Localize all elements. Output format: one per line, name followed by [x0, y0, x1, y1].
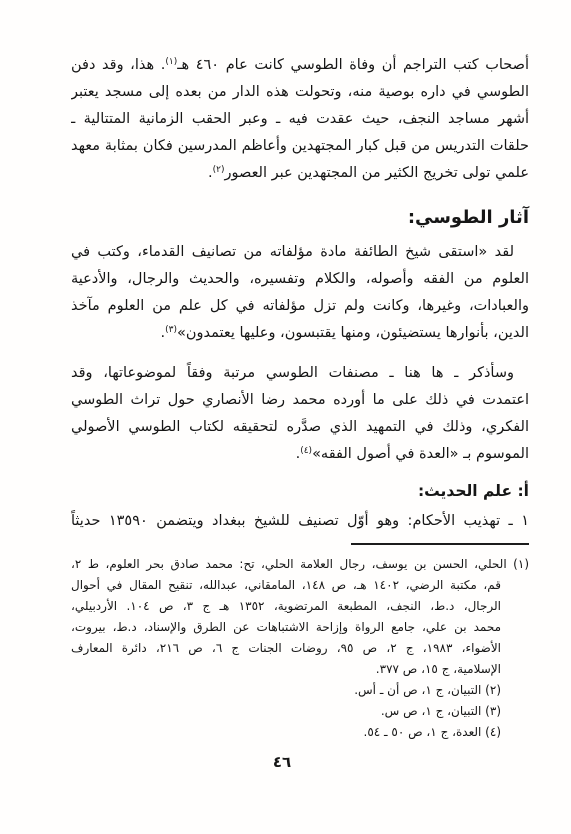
list-item-tahdhib-alahkam: ١ ـ تهذيب الأحكام: وهو أوّل تصنيف للشيخ … — [71, 508, 529, 535]
footnote-line: (١) الحلي، الحسن بن يوسف، رجال العلامة ا… — [71, 554, 529, 575]
text-block: أصحاب كتب التراجم أن وفاة الطوسي كانت عا… — [71, 52, 529, 743]
footnote-separator-rule — [351, 543, 529, 545]
section-heading-athar-altusi: آثار الطوسي: — [71, 204, 529, 232]
body-text-line: علمي تولى تخريج الكثير من المجتهدين عبر … — [71, 160, 529, 187]
body-text-line: وسأذكر ـ ها هنا ـ مصنفات الطوسي مرتبة وف… — [71, 360, 529, 387]
footnote-2: (٢) التبيان، ج ١، ص أن ـ أس. — [71, 680, 529, 701]
footnote-4: (٤) العدة، ج ١، ص ٥٠ ـ ٥٤. — [71, 722, 529, 743]
footnote-line: قم، مكتبة الرضي، ١٤٠٢ هـ، ص ١٤٨، المامقا… — [71, 575, 529, 596]
footnote-line: الأضواء، ١٩٨٣، ج ٢، ص ٩٥، روضات الجنات ج… — [71, 638, 529, 659]
paragraph-works-quote: لقد «استقى شيخ الطائفة مادة مؤلفاته من ت… — [71, 239, 529, 347]
footnote-line: الرجال، د.ط، النجف، المطبعة المرتضوية، ١… — [71, 596, 529, 617]
body-text-line: أشهر مساجد النجف، حيث عقدت فيه ـ وعبر ال… — [71, 106, 529, 133]
footnote-line: (٣) التبيان، ج ١، ص س. — [71, 701, 529, 722]
footnote-3: (٣) التبيان، ج ١، ص س. — [71, 701, 529, 722]
footnotes-block: (١) الحلي، الحسن بن يوسف، رجال العلامة ا… — [71, 554, 529, 743]
footnote-line: (٤) العدة، ج ١، ص ٥٠ ـ ٥٤. — [71, 722, 529, 743]
book-page: أصحاب كتب التراجم أن وفاة الطوسي كانت عا… — [0, 0, 571, 834]
body-text-line: العلوم من الفقه وأصوله، والكلام وتفسيره،… — [71, 266, 529, 293]
footnote-line: محمد بن علي، جامع الرواة وإزاحة الاشتباه… — [71, 617, 529, 638]
body-text-line: حلقات التدريس من قبل كبار المجتهدين وأعا… — [71, 133, 529, 160]
body-text-line: الطوسي في داره بوصية منه، وتحولت هذه الد… — [71, 79, 529, 106]
footnote-line: (٢) التبيان، ج ١، ص أن ـ أس. — [71, 680, 529, 701]
body-text-line: ١ ـ تهذيب الأحكام: وهو أوّل تصنيف للشيخ … — [71, 508, 529, 535]
subsection-heading-ilm-alhadith: أ: علم الحديث: — [71, 479, 529, 503]
body-text-line: الدين، بأنوارها يستضيئون، ومنها يقتبسون،… — [71, 320, 529, 347]
paragraph-tusi-death: أصحاب كتب التراجم أن وفاة الطوسي كانت عا… — [71, 52, 529, 187]
body-text-line: الفكري، وذلك في التمهيد الذي صدَّره لتحق… — [71, 414, 529, 441]
body-text-line: الموسوم بـ «العدة في أصول الفقه»(٤). — [71, 441, 529, 468]
paragraph-classification: وسأذكر ـ ها هنا ـ مصنفات الطوسي مرتبة وف… — [71, 360, 529, 468]
page-number: ٤٦ — [53, 753, 511, 771]
body-text-line: اعتمدت في ذلك على ما أورده محمد رضا الأن… — [71, 387, 529, 414]
body-text-line: أصحاب كتب التراجم أن وفاة الطوسي كانت عا… — [71, 52, 529, 79]
footnote-1: (١) الحلي، الحسن بن يوسف، رجال العلامة ا… — [71, 554, 529, 680]
body-text-line: والعبادات، وغيرها، وكانت ولم تزل مؤلفاته… — [71, 293, 529, 320]
body-text-line: لقد «استقى شيخ الطائفة مادة مؤلفاته من ت… — [71, 239, 529, 266]
footnote-line: الإسلامية، ج ١٥، ص ٣٧٧. — [71, 659, 529, 680]
